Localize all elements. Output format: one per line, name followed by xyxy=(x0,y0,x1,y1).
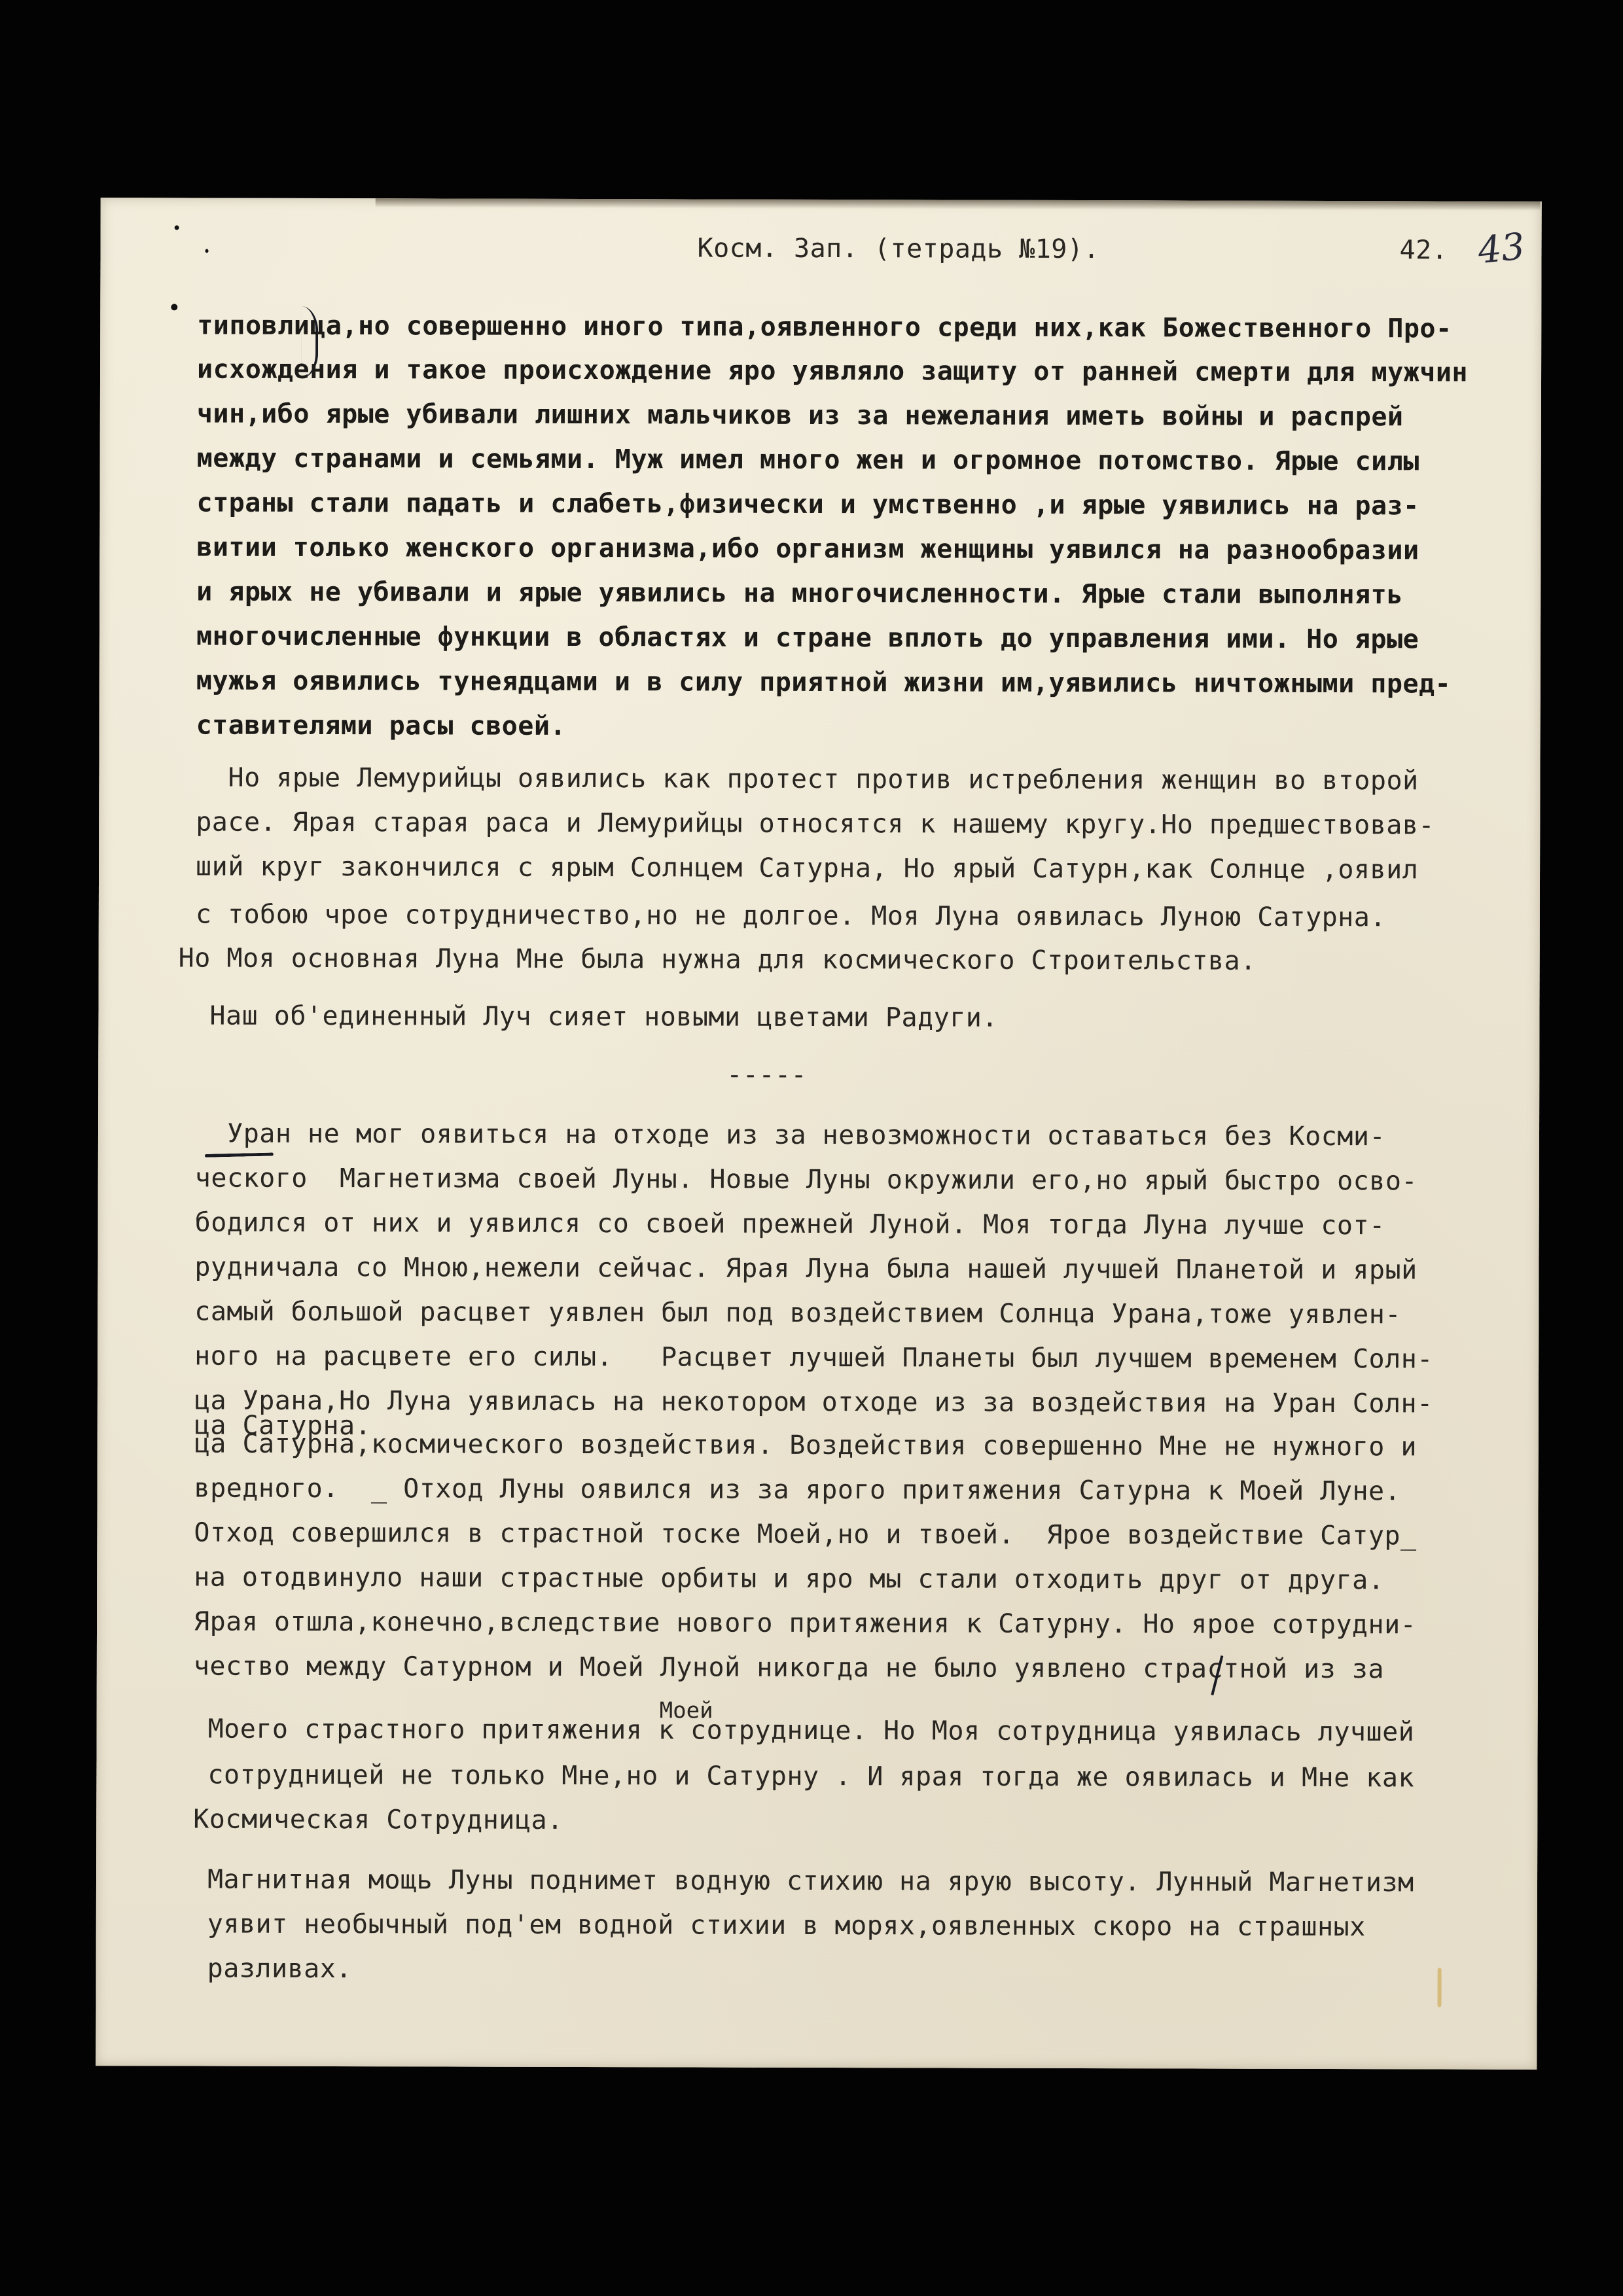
text-line: уявит необычный под'ем водной стихии в м… xyxy=(207,1911,1366,1941)
header-title: Косм. Зап. (тетрадь №19). xyxy=(697,236,1099,263)
ink-dot-mark xyxy=(175,225,179,230)
text-line: ца Сатурна,космического воздействия. Воз… xyxy=(194,1431,1417,1460)
text-line: бодился от них и уявился со своей прежне… xyxy=(195,1210,1385,1239)
page-number-handwritten: 43 xyxy=(1476,225,1527,272)
text-line: витии только женского организма,ибо орга… xyxy=(196,535,1419,564)
text-line: Космическая Сотрудница. xyxy=(193,1807,563,1833)
text-line: многочисленные функции в областях и стра… xyxy=(196,624,1419,653)
text-line: страны стали падать и слабеть,физически … xyxy=(196,490,1419,520)
text-line: ставителями расы своей. xyxy=(196,713,566,739)
text-line: мужья оявились тунеядцами и в силу прият… xyxy=(196,668,1452,698)
text-line: чество между Сатурном и Моей Луной никог… xyxy=(194,1653,1384,1683)
ink-dot-mark xyxy=(171,304,177,310)
text-line: ного на расцвете его силы. Расцвет лучше… xyxy=(194,1343,1433,1373)
text-line: самый большой расцвет уявлен был под воз… xyxy=(194,1299,1401,1328)
text-line: типовлица,но совершенно иного типа,оявле… xyxy=(197,313,1452,342)
section-separator: ----- xyxy=(726,1062,807,1088)
text-line: с тобою чрое сотрудничество,но не долгое… xyxy=(196,902,1386,931)
text-line: Ярая отшла,конечно,вследствие нового при… xyxy=(194,1609,1416,1638)
text-line: чин,ибо ярые убивали лишних мальчиков из… xyxy=(197,401,1404,431)
text-line: вредного. _ Отход Луны оявился из за яро… xyxy=(194,1475,1401,1505)
text-line: и ярых не убивали и ярые уявились на мно… xyxy=(196,579,1403,609)
handwritten-underline xyxy=(205,1152,274,1157)
text-line: Но ярые Лемурийцы оявились как протест п… xyxy=(196,765,1418,794)
text-line: Уран не мог оявиться на отходе из за нев… xyxy=(195,1121,1385,1150)
page-number-typed: 42. xyxy=(1399,237,1448,263)
text-line: ца Урана,Но Луна уявилась на некотором о… xyxy=(194,1388,1433,1417)
page-edge-shadow xyxy=(376,198,1541,211)
paper-stain xyxy=(1438,1968,1442,2007)
text-line: разливах. xyxy=(207,1956,352,1983)
text-line: Моего страстного притяжения к сотруднице… xyxy=(208,1716,1415,1746)
text-line: на отодвинуло наши страстные орбиты и яр… xyxy=(194,1564,1384,1594)
text-line: Наш об'единенный Луч сияет новыми цветам… xyxy=(209,1003,998,1031)
text-line: расе. Ярая старая раса и Лемурийцы относ… xyxy=(196,809,1435,839)
text-line: ческого Магнетизма своей Луны. Новые Лун… xyxy=(195,1165,1418,1195)
typewritten-page: Косм. Зап. (тетрадь №19). 42. 43 типовли… xyxy=(96,198,1541,2070)
text-line: Магнитная мощь Луны поднимет водную стих… xyxy=(207,1867,1414,1896)
text-line: Отход совершился в страстной тоске Моей,… xyxy=(194,1520,1416,1549)
text-line: исхождения и такое происхождение яро уяв… xyxy=(197,357,1468,386)
text-line: между странами и семьями. Муж имел много… xyxy=(197,446,1419,475)
ink-dot-mark xyxy=(205,249,209,253)
text-line: сотрудницей не только Мне,но и Сатурну .… xyxy=(207,1762,1414,1792)
text-line: рудничала со Мною,нежели сейчас. Ярая Лу… xyxy=(194,1254,1417,1284)
text-line: ший круг закончился с ярым Солнцем Сатур… xyxy=(196,854,1418,883)
text-line: Но Моя основная Луна Мне была нужна для … xyxy=(179,945,1257,974)
